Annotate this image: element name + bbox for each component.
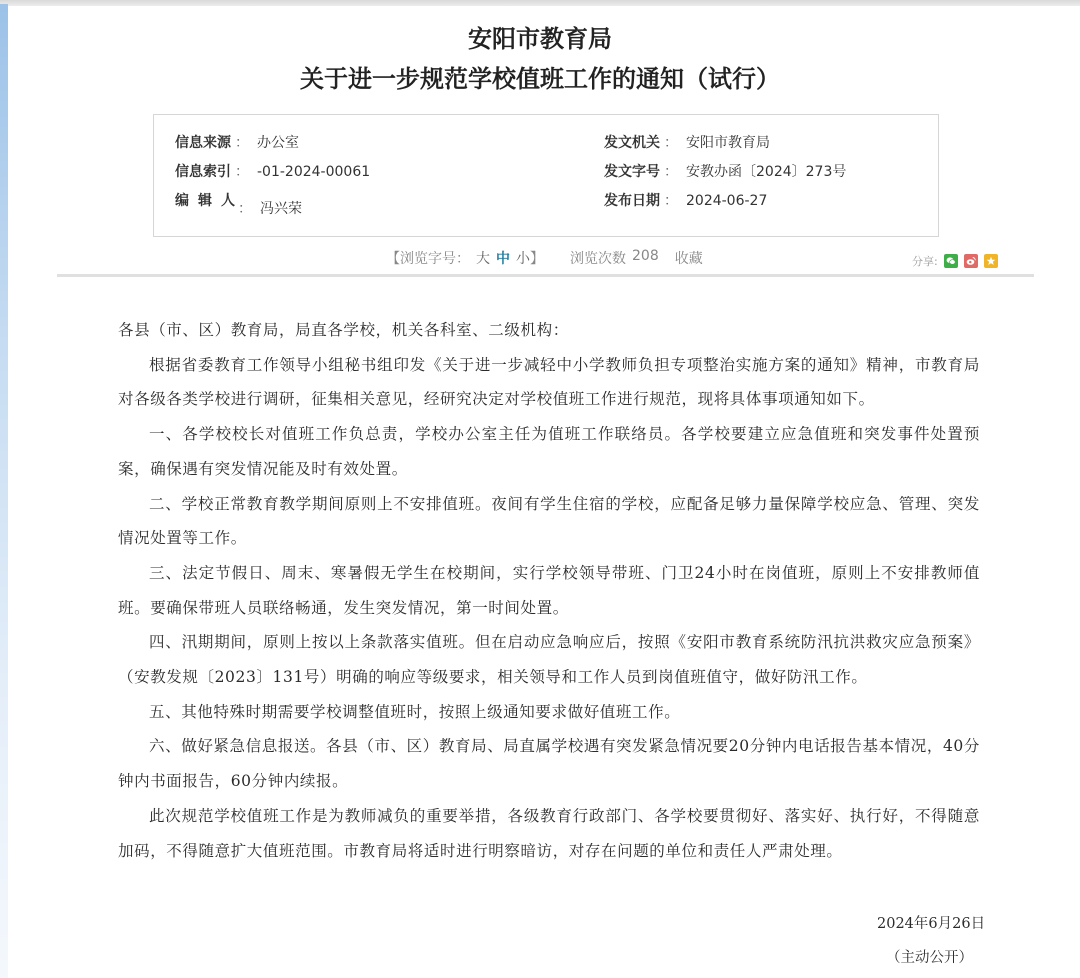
- share-wechat-button[interactable]: [944, 254, 958, 268]
- info-editor-value: 冯兴荣: [260, 198, 302, 218]
- salutation: 各县（市、区）教育局，局直各学校，机关各科室、二级机构：: [118, 313, 980, 348]
- colon: ：: [235, 161, 249, 181]
- info-issuer-label: 发文机关: [604, 132, 660, 152]
- font-size-large-button[interactable]: 大: [476, 248, 490, 268]
- font-size-medium-button[interactable]: 中: [496, 248, 510, 268]
- paragraph-item-6: 六、做好紧急信息报送。各县（市、区）教育局、局直属学校遇有突发紧急情况要20分钟…: [118, 729, 980, 798]
- colon: ：: [235, 132, 249, 152]
- share-label: 分享:: [912, 253, 938, 269]
- font-size-small-button[interactable]: 小: [516, 248, 530, 268]
- favorite-link[interactable]: 收藏: [675, 248, 703, 268]
- left-edge-strip: [0, 4, 8, 978]
- paragraph-item-4: 四、汛期期间，原则上按以上条款落实值班。但在启动应急响应后，按照《安阳市教育系统…: [118, 625, 980, 694]
- paragraph-item-5: 五、其他特殊时期需要学校调整值班时，按照上级通知要求做好值班工作。: [118, 695, 980, 730]
- share-favorite-button[interactable]: [984, 254, 998, 268]
- info-source: 信息来源 ： 办公室: [175, 132, 299, 152]
- article-body: 各县（市、区）教育局，局直各学校，机关各科室、二级机构： 根据省委教育工作领导小…: [118, 313, 980, 868]
- colon: ：: [664, 161, 678, 181]
- weibo-icon: [966, 256, 976, 266]
- info-publish-date-value: 2024-06-27: [686, 193, 767, 209]
- info-doc-number-value: 安教办函〔2024〕273号: [686, 161, 846, 181]
- info-issuer-value: 安阳市教育局: [686, 132, 770, 152]
- document-info-box: 信息来源 ： 办公室 信息索引 ： -01-2024-00061 编辑人 ： 冯…: [153, 114, 939, 237]
- info-publish-date: 发布日期 ： 2024-06-27: [604, 190, 767, 210]
- colon: ：: [238, 198, 252, 218]
- view-count: 208: [632, 248, 659, 268]
- info-publish-date-label: 发布日期: [604, 190, 660, 210]
- info-index-label: 信息索引: [175, 161, 231, 181]
- spacer: [659, 248, 675, 268]
- browser-top-bar: [0, 0, 1080, 6]
- paragraph-intro: 根据省委教育工作领导小组秘书组印发《关于进一步减轻中小学教师负担专项整治实施方案…: [118, 348, 980, 417]
- share-weibo-button[interactable]: [964, 254, 978, 268]
- info-issuer: 发文机关 ： 安阳市教育局: [604, 132, 770, 152]
- disclosure-note: （主动公开）: [886, 946, 973, 967]
- signature-date: 2024年6月26日: [877, 912, 985, 933]
- article-toolbar: 【浏览字号： 大 中 小 】 浏览次数 208 收藏: [386, 248, 703, 268]
- info-doc-number: 发文字号 ： 安教办函〔2024〕273号: [604, 161, 846, 181]
- paragraph-item-3: 三、法定节假日、周末、寒暑假无学生在校期间，实行学校领导带班、门卫24小时在岗值…: [118, 556, 980, 625]
- colon: ：: [664, 132, 678, 152]
- colon: ：: [664, 190, 678, 210]
- page-title: 关于进一步规范学校值班工作的通知（试行）: [0, 59, 1080, 94]
- spacer: [544, 248, 570, 268]
- paragraph-item-2: 二、学校正常教育教学期间原则上不安排值班。夜间有学生住宿的学校，应配备足够力量保…: [118, 487, 980, 556]
- toolbar-divider: [57, 274, 1034, 277]
- paragraph-closing: 此次规范学校值班工作是为教师减负的重要举措，各级教育行政部门、各学校要贯彻好、落…: [118, 799, 980, 868]
- paragraph-item-1: 一、各学校校长对值班工作负总责，学校办公室主任为值班工作联络员。各学校要建立应急…: [118, 417, 980, 486]
- page-title-issuer: 安阳市教育局: [0, 19, 1080, 54]
- view-count-label: 浏览次数: [570, 248, 626, 268]
- info-source-label: 信息来源: [175, 132, 231, 152]
- share-bar: 分享:: [912, 253, 998, 269]
- info-editor-label: 编辑人: [175, 190, 244, 210]
- font-size-prefix: 【浏览字号：: [386, 248, 470, 268]
- star-icon: [986, 256, 996, 266]
- font-size-suffix: 】: [530, 248, 544, 268]
- info-index: 信息索引 ： -01-2024-00061: [175, 161, 370, 181]
- info-index-value: -01-2024-00061: [257, 164, 370, 180]
- info-doc-number-label: 发文字号: [604, 161, 660, 181]
- wechat-icon: [946, 256, 956, 266]
- info-editor: 编辑人 ： 冯兴荣: [175, 190, 302, 210]
- info-source-value: 办公室: [257, 132, 299, 152]
